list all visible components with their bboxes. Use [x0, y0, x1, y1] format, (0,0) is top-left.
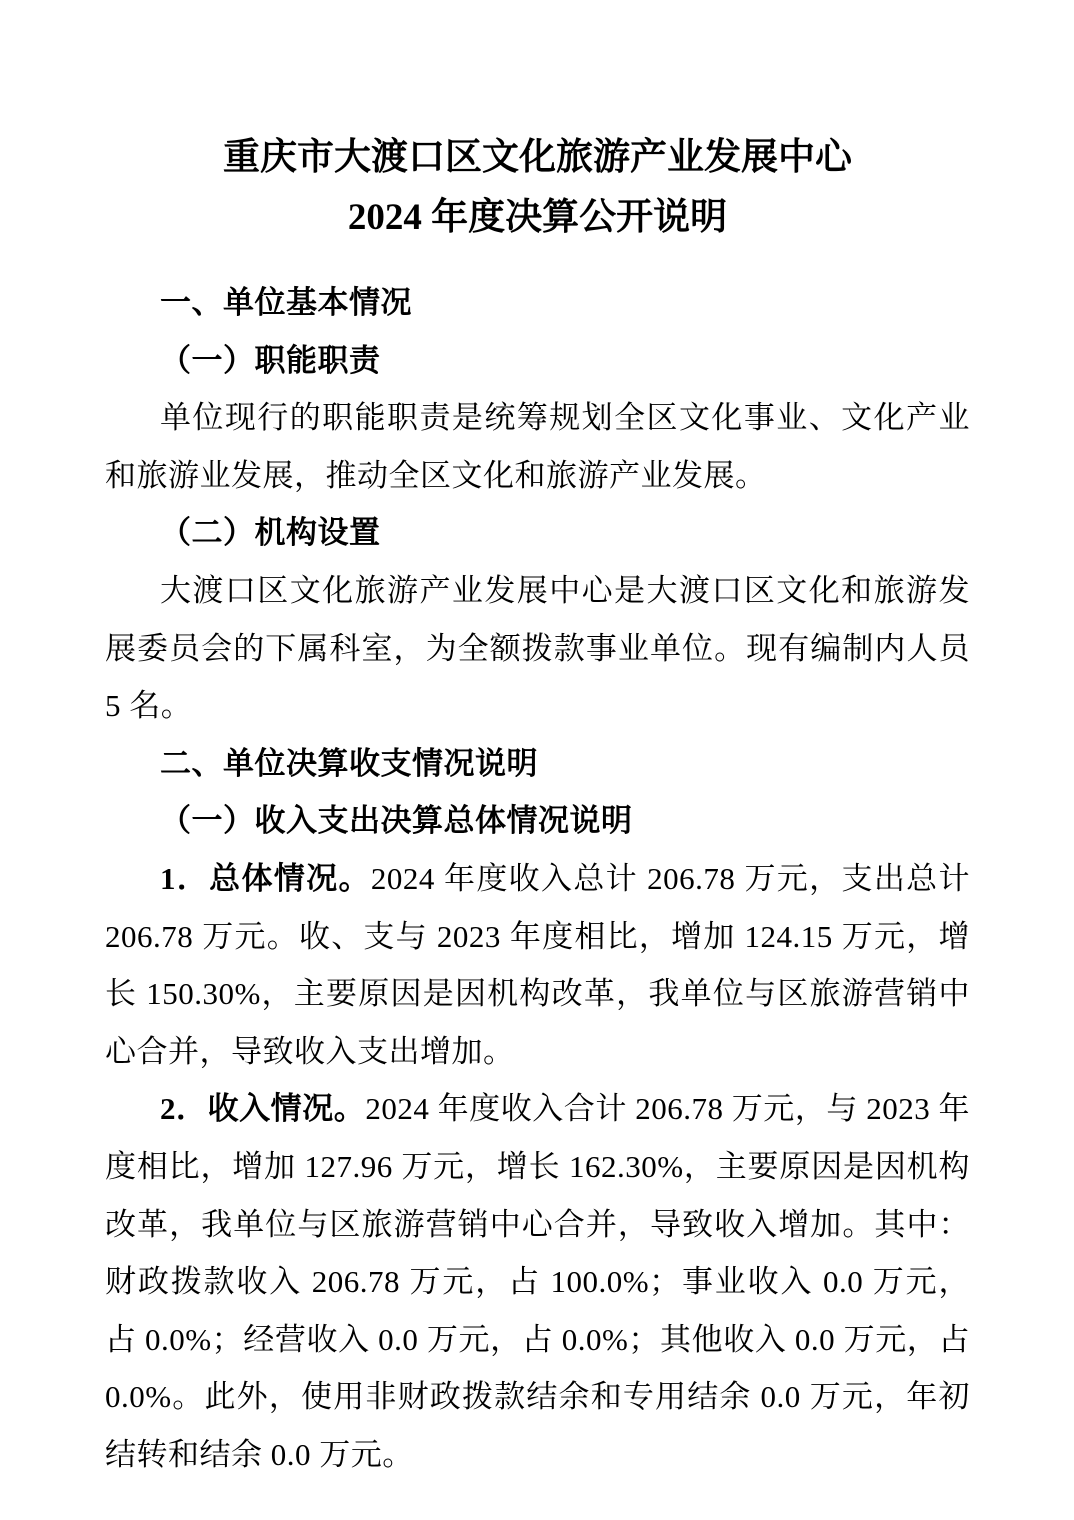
- document-title-line1: 重庆市大渡口区文化旅游产业发展中心: [105, 128, 970, 188]
- paragraph-income-situation: 2．收入情况。2024 年度收入合计 206.78 万元，与 2023 年度相比…: [105, 1080, 970, 1483]
- income-situation-text: 2024 年度收入合计 206.78 万元，与 2023 年度相比，增加 127…: [105, 1091, 970, 1472]
- paragraph-overall-situation: 1．总体情况。2024 年度收入总计 206.78 万元，支出总计 206.78…: [105, 850, 970, 1080]
- document-title-line2: 2024 年度决算公开说明: [105, 188, 970, 248]
- heading-income-expenditure-overview: （一）收入支出决算总体情况说明: [105, 792, 970, 850]
- heading-unit-basic-info: 一、单位基本情况: [105, 274, 970, 332]
- heading-functions-duties: （一）职能职责: [105, 332, 970, 390]
- paragraph-functions-duties: 单位现行的职能职责是统筹规划全区文化事业、文化产业和旅游业发展，推动全区文化和旅…: [105, 389, 970, 504]
- document-title: 重庆市大渡口区文化旅游产业发展中心 2024 年度决算公开说明: [105, 128, 970, 248]
- overall-situation-lead: 1．总体情况。: [160, 861, 371, 896]
- heading-final-accounts-explanation: 二、单位决算收支情况说明: [105, 735, 970, 793]
- document-body: 一、单位基本情况 （一）职能职责 单位现行的职能职责是统筹规划全区文化事业、文化…: [105, 274, 970, 1483]
- document-page: 重庆市大渡口区文化旅游产业发展中心 2024 年度决算公开说明 一、单位基本情况…: [0, 0, 1074, 1520]
- paragraph-organization-setup: 大渡口区文化旅游产业发展中心是大渡口区文化和旅游发展委员会的下属科室，为全额拨款…: [105, 562, 970, 735]
- heading-organization-setup: （二）机构设置: [105, 504, 970, 562]
- income-situation-lead: 2．收入情况。: [160, 1091, 365, 1126]
